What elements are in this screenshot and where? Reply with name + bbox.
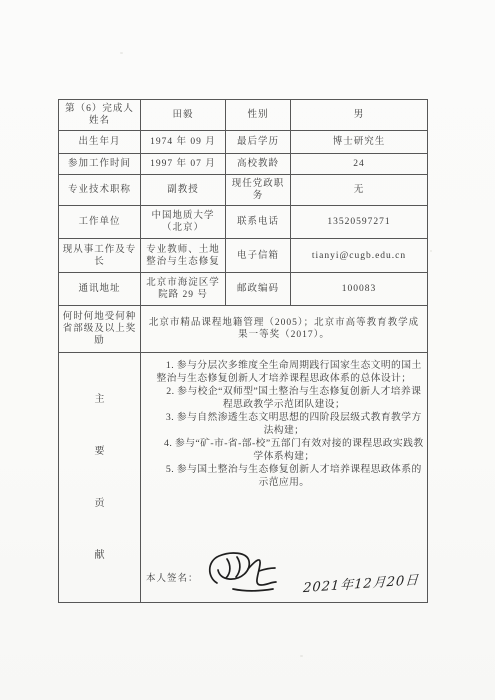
- contributions-label: 主 要 贡 献: [59, 353, 141, 603]
- table-row: 出生年月 1974 年 09 月 最后学历 博士研究生: [59, 131, 428, 154]
- table-row: 专业技术职称 副教授 现任党政职务 无: [59, 175, 428, 206]
- awards-label: 何时何地受何种省部级及以上奖励: [59, 306, 141, 353]
- signature-date: 2021年12月20日: [302, 574, 419, 594]
- completer-info-table: 第（6）完成人姓名 田毅 性别 男 出生年月 1974 年 09 月 最后学历 …: [58, 99, 428, 603]
- birth-date-label: 出生年月: [59, 131, 141, 154]
- postcode-value: 100083: [291, 273, 428, 306]
- gender-value: 男: [291, 100, 428, 131]
- contributions-row: 主 要 贡 献 1. 参与分层次多维度全生命周期践行国家生态文明的国土整治与生态…: [59, 353, 428, 603]
- signature-label: 本人签名：: [146, 573, 199, 585]
- awards-value: 北京市精品课程地籍管理（2005）；北京市高等教育教学成果一等奖（2017）。: [141, 306, 428, 353]
- phone-label: 联系电话: [226, 206, 291, 239]
- scanned-form-page: 第（6）完成人姓名 田毅 性别 男 出生年月 1974 年 09 月 最后学历 …: [0, 0, 495, 700]
- vertical-char: 主: [95, 394, 105, 406]
- table-row: 参加工作时间 1997 年 07 月 高校教龄 24: [59, 154, 428, 175]
- email-value: tianyi@cugb.edu.cn: [291, 239, 428, 273]
- employer-label: 工作单位: [59, 206, 141, 239]
- contributions-content: 1. 参与分层次多维度全生命周期践行国家生态文明的国土整治与生态修复创新人才培养…: [141, 353, 428, 603]
- scan-speck: [430, 250, 432, 252]
- contributions-vertical-label: 主 要 贡 献: [62, 394, 137, 562]
- awards-row: 何时何地受何种省部级及以上奖励 北京市精品课程地籍管理（2005）；北京市高等教…: [59, 306, 428, 353]
- party-post-label: 现任党政职务: [226, 175, 291, 206]
- scan-speck: [120, 52, 123, 54]
- gender-label: 性别: [226, 100, 291, 131]
- work-start-label: 参加工作时间: [59, 154, 141, 175]
- signature-handwriting-icon: [203, 549, 295, 595]
- completer-name-value: 田毅: [141, 100, 226, 131]
- teaching-years-label: 高校教龄: [226, 154, 291, 175]
- current-work-value: 专业教师、土地整治与生态修复: [141, 239, 226, 273]
- contribution-item: 3. 参与自然渗透生态文明思想的四阶段层级式教育教学方法构建；: [144, 411, 424, 437]
- last-degree-value: 博士研究生: [291, 131, 428, 154]
- work-start-value: 1997 年 07 月: [141, 154, 226, 175]
- vertical-char: 贡: [95, 498, 105, 510]
- teaching-years-value: 24: [291, 154, 428, 175]
- table-row: 第（6）完成人姓名 田毅 性别 男: [59, 100, 428, 131]
- postcode-label: 邮政编码: [226, 273, 291, 306]
- table-row: 现从事工作及专长 专业教师、土地整治与生态修复 电子信箱 tianyi@cugb…: [59, 239, 428, 273]
- vertical-char: 献: [95, 550, 105, 562]
- last-degree-label: 最后学历: [226, 131, 291, 154]
- tech-title-value: 副教授: [141, 175, 226, 206]
- phone-value: 13520597271: [291, 206, 428, 239]
- contributions-list: 1. 参与分层次多维度全生命周期践行国家生态文明的国土整治与生态修复创新人才培养…: [144, 359, 424, 597]
- contribution-item: 2. 参与校企“双师型”国土整治与生态修复创新人才培养课程思政教学示范团队建设；: [144, 385, 424, 411]
- table-row: 通讯地址 北京市海淀区学院路 29 号 邮政编码 100083: [59, 273, 428, 306]
- contribution-item: 4. 参与“矿-市-省-部-校”五部门有效对接的课程思政实践教学体系构建；: [144, 437, 424, 463]
- contribution-item: 5. 参与国土整治与生态修复创新人才培养课程思政体系的示范应用。: [144, 463, 424, 489]
- employer-value: 中国地质大学（北京）: [141, 206, 226, 239]
- email-label: 电子信箱: [226, 239, 291, 273]
- address-label: 通讯地址: [59, 273, 141, 306]
- vertical-char: 要: [95, 446, 105, 458]
- contribution-item: 1. 参与分层次多维度全生命周期践行国家生态文明的国土整治与生态修复创新人才培养…: [144, 359, 424, 385]
- tech-title-label: 专业技术职称: [59, 175, 141, 206]
- scan-speck: [300, 655, 303, 657]
- blank-space: [144, 489, 424, 549]
- completer-name-label: 第（6）完成人姓名: [59, 100, 141, 131]
- address-value: 北京市海淀区学院路 29 号: [141, 273, 226, 306]
- birth-date-value: 1974 年 09 月: [141, 131, 226, 154]
- current-work-label: 现从事工作及专长: [59, 239, 141, 273]
- party-post-value: 无: [291, 175, 428, 206]
- table-row: 工作单位 中国地质大学（北京） 联系电话 13520597271: [59, 206, 428, 239]
- signature-block: 本人签名： 2021年12月20日: [146, 549, 424, 595]
